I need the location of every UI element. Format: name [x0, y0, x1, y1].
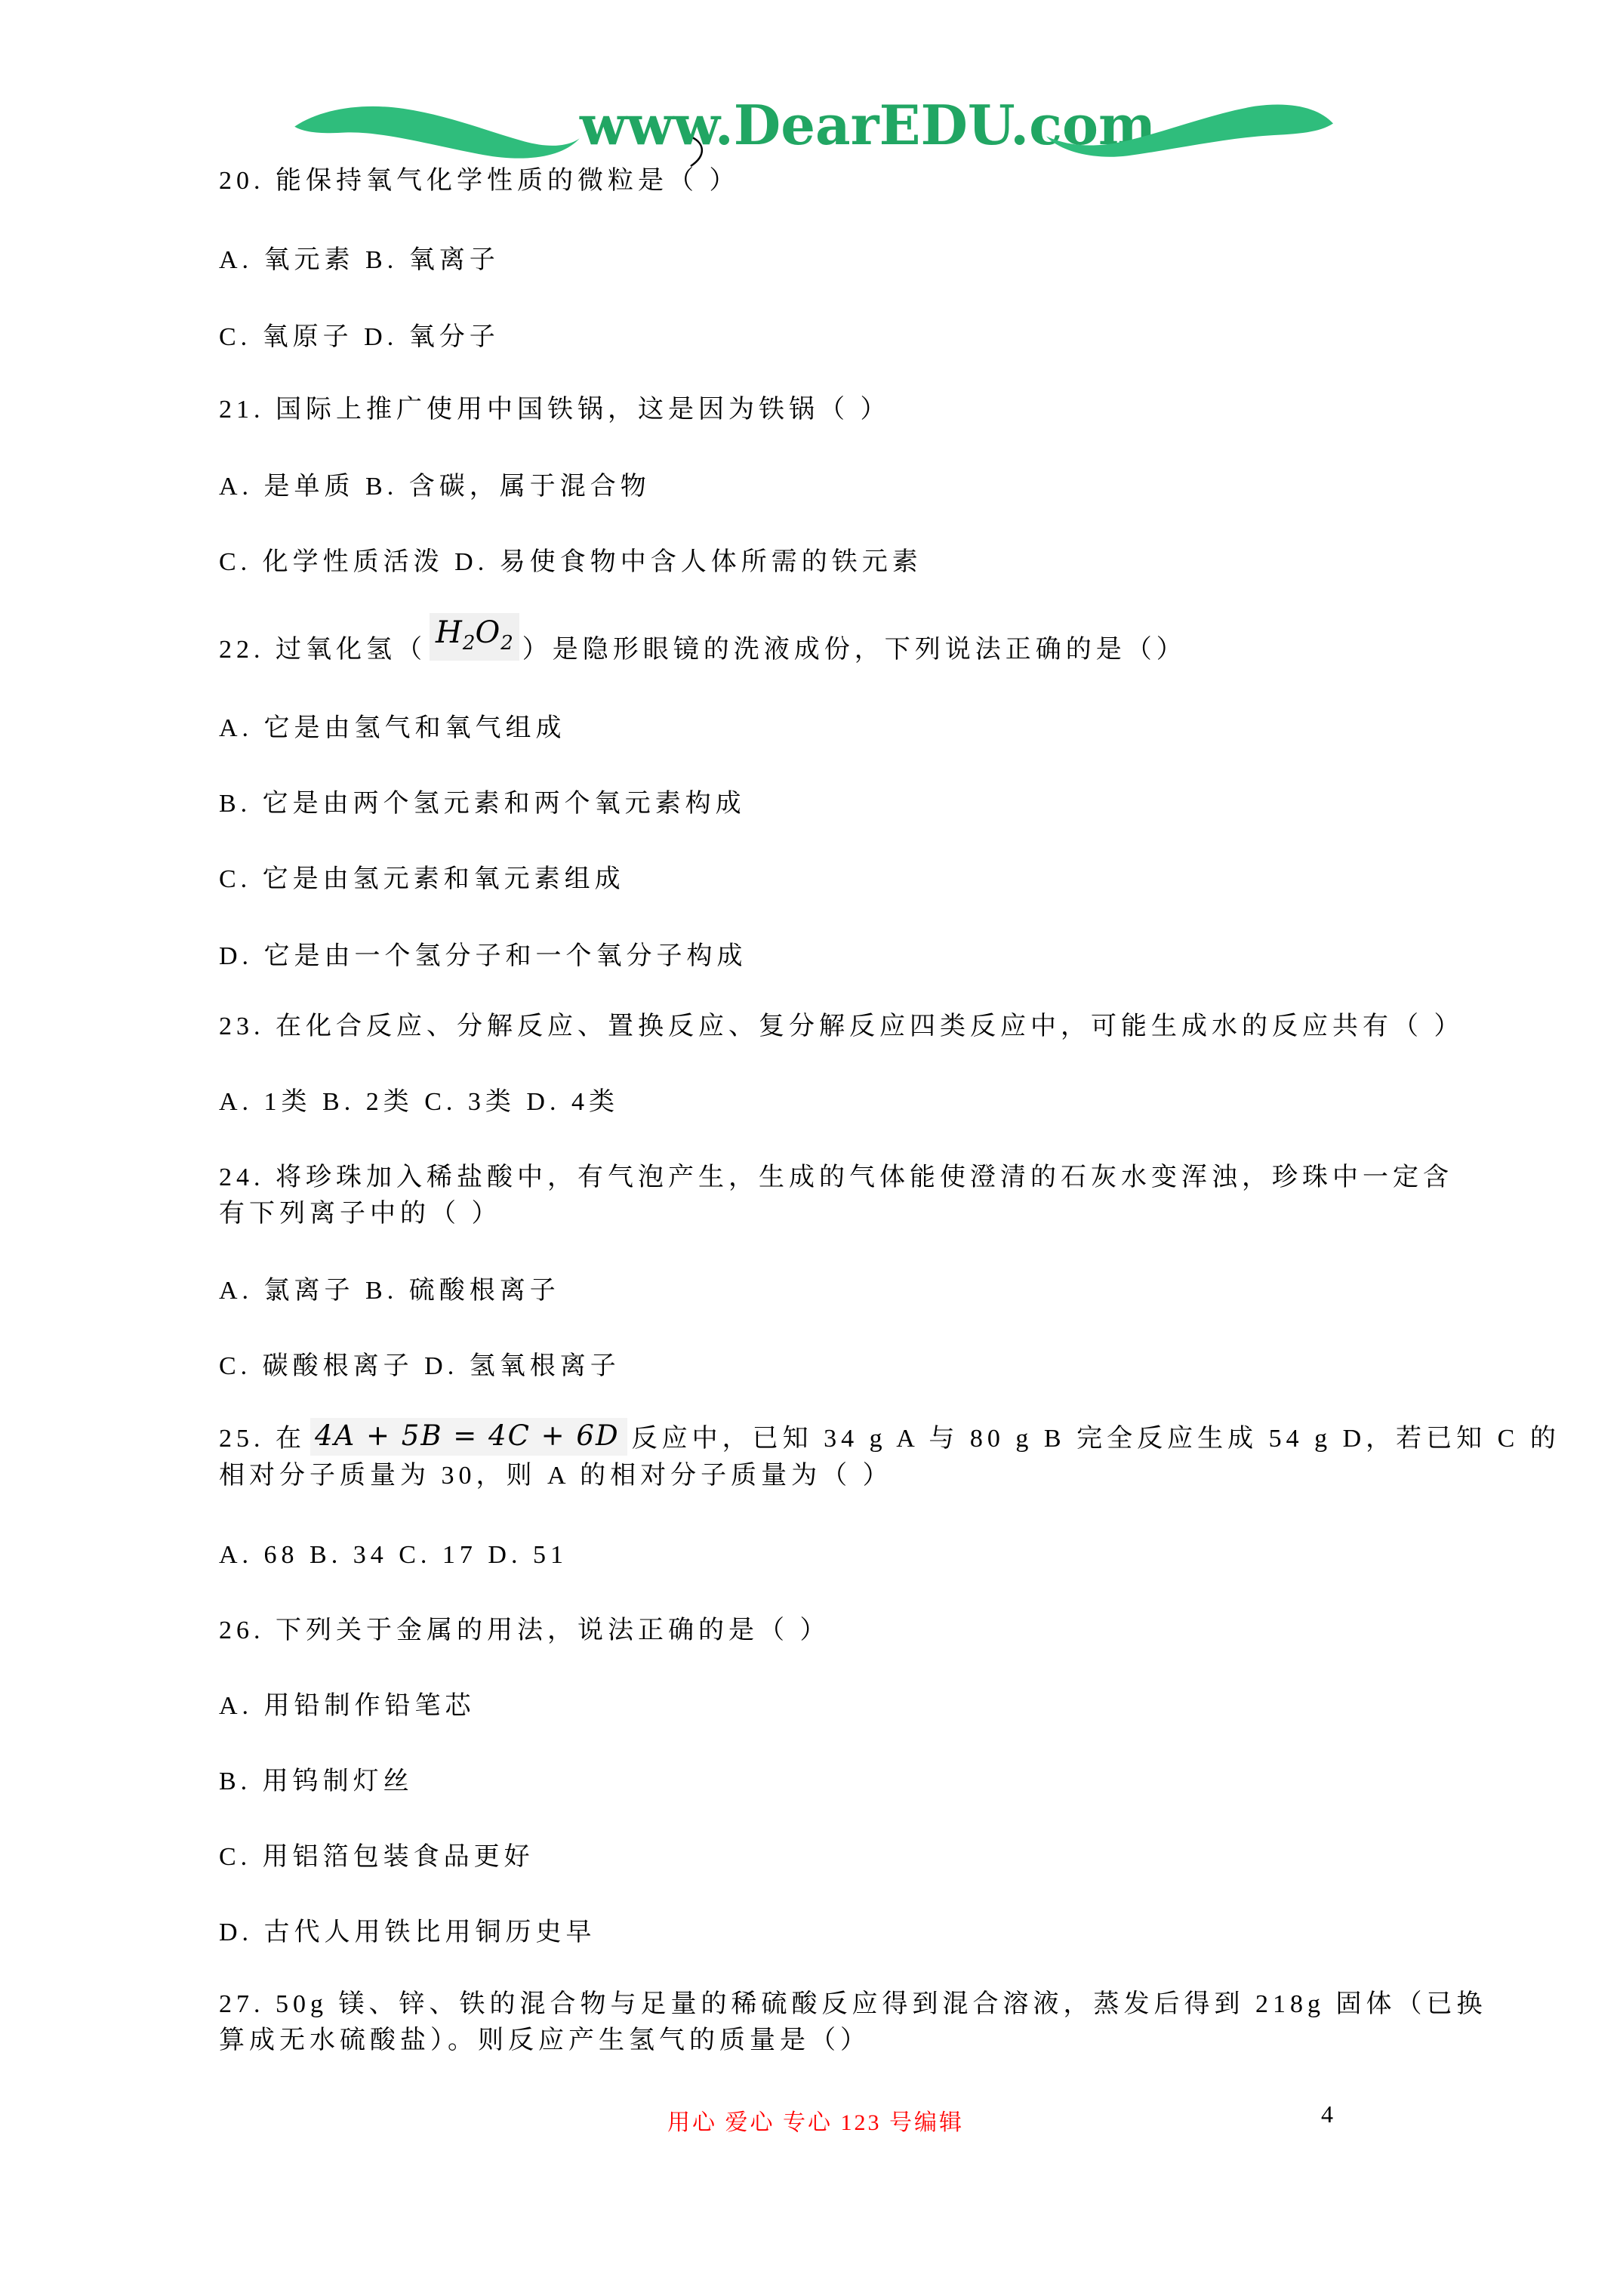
question-25-post: 反应中，已知 34 g A 与 80 g B 完全反应生成 54 g D，若已知…: [632, 1425, 1560, 1453]
question-24-line1: 24. 将珍珠加入稀盐酸中，有气泡产生，生成的气体能使澄清的石灰水变浑浊，珍珠中…: [219, 1160, 1453, 1195]
question-26-option-b: B. 用钨制灯丝: [219, 1764, 414, 1799]
question-22-option-b: B. 它是由两个氢元素和两个氧元素构成: [219, 787, 746, 821]
question-25-pre: 25. 在: [219, 1425, 306, 1453]
left-swoosh-icon: [291, 101, 584, 165]
page-number: 4: [1321, 2100, 1333, 2128]
question-24-line2: 有下列离子中的（ ）: [219, 1197, 502, 1231]
question-21-option-ab: A. 是单质 B. 含碳，属于混合物: [219, 470, 651, 504]
question-25-options: A. 68 B. 34 C. 17 D. 51: [219, 1538, 568, 1573]
question-26-text: 26. 下列关于金属的用法，说法正确的是（ ）: [219, 1613, 830, 1648]
question-25-line2: 相对分子质量为 30，则 A 的相对分子质量为（ ）: [219, 1459, 893, 1493]
question-26-option-a: A. 用铅制作铅笔芯: [219, 1689, 476, 1724]
question-23-options: A. 1类 B. 2类 C. 3类 D. 4类: [219, 1085, 619, 1120]
question-24-option-cd: C. 碳酸根离子 D. 氢氧根离子: [219, 1349, 621, 1384]
question-22-pre: 22. 过氧化氢（: [219, 636, 427, 664]
question-27-line2: 算成无水硫酸盐）。则反应产生氢气的质量是（）: [219, 2023, 870, 2058]
question-21-text: 21. 国际上推广使用中国铁锅，这是因为铁锅（ ）: [219, 393, 891, 427]
footer-note: 用心 爱心 专心 123 号编辑: [667, 2103, 964, 2137]
question-23-text: 23. 在化合反应、分解反应、置换反应、复分解反应四类反应中，可能生成水的反应共…: [219, 1009, 1464, 1044]
question-24-option-ab: A. 氯离子 B. 硫酸根离子: [219, 1274, 560, 1308]
header-logo: www.DearEDU.com: [0, 0, 1623, 181]
question-25-line1: 25. 在4A + 5B = 4C + 6D反应中，已知 34 g A 与 80…: [219, 1419, 1560, 1457]
question-22-option-d: D. 它是由一个氢分子和一个氧分子构成: [219, 939, 747, 974]
question-22-text: 22. 过氧化氢（H2O2）是隐形眼镜的洗液成份，下列说法正确的是（）: [219, 628, 1187, 676]
question-27-line1: 27. 50g 镁、锌、铁的混合物与足量的稀硫酸反应得到混合溶液，蒸发后得到 2…: [219, 1987, 1487, 2022]
question-20-option-cd: C. 氧原子 D. 氧分子: [219, 320, 500, 355]
question-26-option-d: D. 古代人用铁比用铜历史早: [219, 1915, 596, 1950]
formula-reaction-equation: 4A + 5B = 4C + 6D: [310, 1418, 627, 1456]
question-22-option-c: C. 它是由氢元素和氧元素组成: [219, 862, 625, 897]
question-26-option-c: C. 用铝箔包装食品更好: [219, 1840, 534, 1875]
question-20-text: 20. 能保持氧气化学性质的微粒是（ ）: [219, 164, 740, 199]
question-20-option-ab: A. 氧元素 B. 氧离子: [219, 243, 500, 278]
question-22-option-a: A. 它是由氢气和氧气组成: [219, 711, 566, 746]
question-22-post: ）是隐形眼镜的洗液成份，下列说法正确的是（）: [522, 636, 1187, 664]
exam-document-page: www.DearEDU.com 20. 能保持氧气化学性质的微粒是（ ） A. …: [0, 0, 1623, 2296]
right-swoosh-icon: [1043, 98, 1336, 163]
question-21-option-cd: C. 化学性质活泼 D. 易使食物中含人体所需的铁元素: [219, 545, 922, 580]
formula-h2o2: H2O2: [430, 613, 519, 661]
